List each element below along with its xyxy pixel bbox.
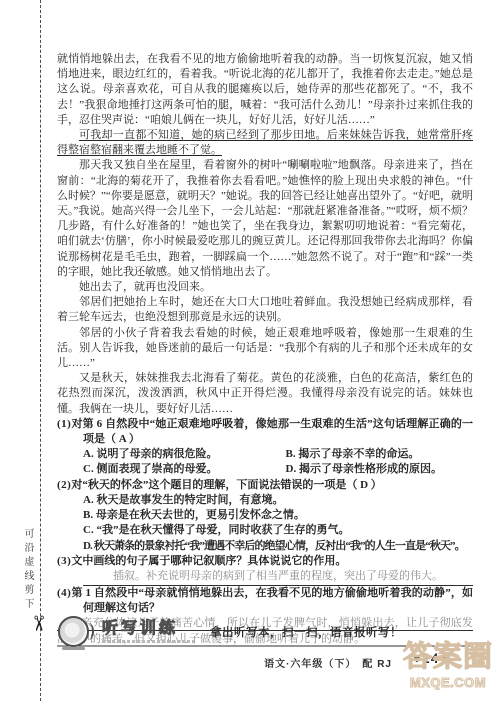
scissors-icon: ✂ — [27, 615, 48, 633]
option-c: C. 侧面表现了崇高的母爱。 — [83, 462, 286, 477]
question-1-stem: (1)对第 6 自然段中“她正艰难地呼吸着，像她那一生艰难的生活”这句话理解正确… — [57, 417, 473, 447]
page-number: 24 — [422, 651, 439, 668]
cut-line-label: 可沿虚线剪下 — [20, 528, 35, 612]
option-c: C. “我”是在秋天懂得了母爱，同时收获了生存的勇气。 — [83, 523, 473, 538]
page-deco-left: ✽ — [414, 655, 421, 664]
question-number: (2) — [57, 479, 71, 491]
question-stem-text: 对第 6 自然段中“她正艰难地呼吸着，像她那一生艰难的生活”这句话理解正确的一项… — [71, 418, 473, 445]
option-b: B. 母亲是在秋天去世的，更易引发怀念之情。 — [83, 508, 473, 523]
question-number: (3) — [57, 555, 71, 567]
passage-paragraph: 邻居们把她抬上车时，她还在大口大口地吐着鲜血。我没想她已经病成那样，看着三轮车远… — [57, 295, 473, 325]
option-d: D. 秋天萧条的景象衬托“我”遭遇不幸后的绝望心情，反衬出“我”的人生一直是“秋… — [83, 539, 473, 554]
question-3-answer: 插叙。补充说明母亲的病到了相当严重的程度，突出了母爱的伟大。 — [83, 569, 473, 586]
question-3: (3)文中画线的句子属于哪种记叙顺序？具体说说它的作用。 插叙。补充说明母亲的病… — [57, 554, 473, 586]
workbook-page: 可沿虚线剪下 ✂ 就悄悄地躲出去，在我看不见的地方偷偷地听着我的动静。当一切恢复… — [0, 0, 500, 701]
dictation-logo-tagline-rule — [102, 640, 194, 643]
question-3-stem: (3)文中画线的句子属于哪种记叙顺序？具体说说它的作用。 — [57, 554, 473, 569]
passage-paragraph: 又是秋天，妹妹推我去北海看了菊花。黄色的花淡雅，白色的花高洁，紫红色的花热烈而深… — [57, 371, 473, 417]
question-2: (2)对“秋天的怀念”这个题目的理解，下面说法错误的一项是（ D ） A. 秋天… — [57, 478, 473, 554]
page-number-badge: ✽ 24 ✽ — [414, 651, 448, 668]
question-stem-text: 对“秋天的怀念”这个题目的理解，下面说法错误的一项是（ D ） — [71, 479, 381, 491]
option-a: A. 秋天是故事发生的特定时间，有意境。 — [83, 493, 473, 508]
question-1: (1)对第 6 自然段中“她正艰难地呼吸着，像她那一生艰难的生活”这句话理解正确… — [57, 417, 473, 478]
page-deco-right: ✽ — [441, 655, 448, 664]
question-stem-text: 第 1 自然段中“母亲就悄悄地躲出去，在我看不见的地方偷偷地听着我的动静”，如何… — [71, 587, 473, 614]
watermark-site: MXQE.COM — [400, 675, 496, 690]
dictation-training-banner: 听写训练 拿出听写本，扫一扫，语音报听写！ — [58, 616, 402, 647]
question-stem-text: 文中画线的句子属于哪种记叙顺序？具体说说它的作用。 — [71, 555, 346, 567]
question-4-stem: (4)第 1 自然段中“母亲就悄悄地躲出去，在我看不见的地方偷偷地听着我的动静”… — [57, 586, 473, 616]
option-d: D. 揭示了母亲性格形成的原因。 — [286, 462, 474, 477]
question-number: (1) — [57, 418, 71, 430]
passage-paragraph: 那天我又独自坐在屋里，看着窗外的树叶“唰唰啦啦”地飘落。母亲进来了，挡在窗前：“… — [57, 158, 473, 280]
reading-passage-and-questions: 就悄悄地躲出去，在我看不见的地方偷偷地听着我的动静。当一切恢复沉寂，她又悄悄地进… — [57, 52, 473, 647]
book-edition-label: 语文·六年级（下） 配 RJ — [264, 655, 392, 670]
cut-dashed-line — [40, 0, 41, 701]
question-number: (4) — [57, 587, 71, 599]
question-1-options: A. 说明了母亲的病很危险。 B. 揭示了母亲不幸的命运。 C. 侧面表现了崇高… — [57, 447, 473, 477]
passage-paragraph: 就悄悄地躲出去，在我看不见的地方偷偷地听着我的动静。当一切恢复沉寂，她又悄悄地进… — [57, 52, 473, 128]
dictation-logo-text: 听写训练 — [102, 621, 194, 637]
question-2-options: A. 秋天是故事发生的特定时间，有意境。 B. 母亲是在秋天去世的，更易引发怀念… — [57, 493, 473, 554]
question-2-stem: (2)对“秋天的怀念”这个题目的理解，下面说法错误的一项是（ D ） — [57, 478, 473, 493]
option-a: A. 说明了母亲的病很危险。 — [83, 447, 286, 462]
dictation-logo: 听写训练 — [102, 621, 194, 643]
passage-paragraph: 邻居的小伙子背着我去看她的时候，她正艰难地呼吸着，像她那一生艰难的生活。别人告诉… — [57, 326, 473, 372]
dictation-tip-text: 拿出听写本，扫一扫，语音报听写！ — [210, 624, 402, 640]
option-b: B. 揭示了母亲不幸的命运。 — [286, 447, 474, 462]
passage-paragraph: 她出去了，就再也没回来。 — [57, 280, 473, 295]
passage-paragraph-underlined: 可我却一直都不知道，她的病已经到了那步田地。后来妹妹告诉我，她常常肝疼得整宿整宿… — [57, 128, 473, 158]
dictation-logo-icon — [58, 616, 89, 647]
